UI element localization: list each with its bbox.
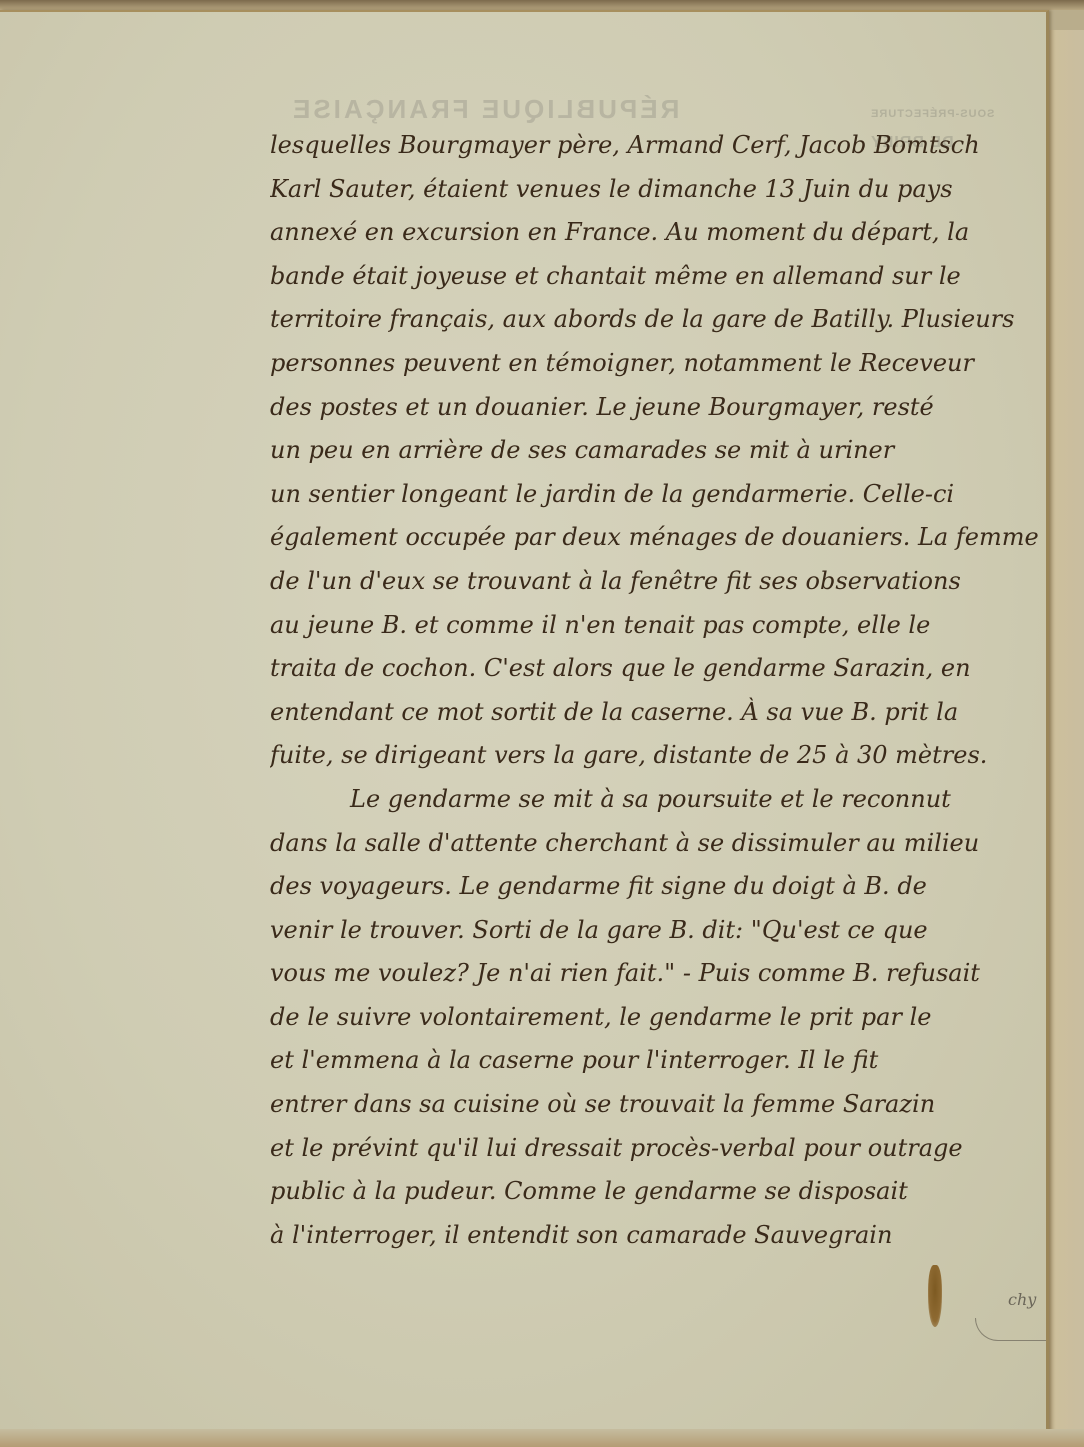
text-line: territoire français, aux abords de la ga…	[270, 298, 1070, 342]
text-line: traita de cochon. C'est alors que le gen…	[270, 647, 1070, 691]
letterhead-subprefecture-title: SOUS-PRÉFECTURE	[870, 108, 994, 120]
text-line: et le prévint qu'il lui dressait procès-…	[270, 1127, 1070, 1171]
text-line: à l'interroger, il entendit son camarade…	[270, 1214, 1070, 1258]
text-line: de l'un d'eux se trouvant à la fenêtre f…	[270, 560, 1070, 604]
text-line: des voyageurs. Le gendarme fit signe du …	[270, 865, 1070, 909]
text-line: Le gendarme se mit à sa poursuite et le …	[270, 778, 1070, 822]
text-line: et l'emmena à la caserne pour l'interrog…	[270, 1039, 1070, 1083]
text-line: venir le trouver. Sorti de la gare B. di…	[270, 909, 1070, 953]
text-line: entendant ce mot sortit de la caserne. À…	[270, 691, 1070, 735]
handwritten-body: lesquelles Bourgmayer père, Armand Cerf,…	[270, 124, 1070, 1257]
text-line: fuite, se dirigeant vers la gare, distan…	[270, 734, 1070, 778]
text-line: bande était joyeuse et chantait même en …	[270, 255, 1070, 299]
underlying-sheet-edge	[0, 0, 1084, 10]
text-line: un sentier longeant le jardin de la gend…	[270, 473, 1070, 517]
text-line: dans la salle d'attente cherchant à se d…	[270, 822, 1070, 866]
text-line: public à la pudeur. Comme le gendarme se…	[270, 1170, 1070, 1214]
text-line: au jeune B. et comme il n'en tenait pas …	[270, 604, 1070, 648]
text-line: Karl Sauter, étaient venues le dimanche …	[270, 168, 1070, 212]
text-line: lesquelles Bourgmayer père, Armand Cerf,…	[270, 124, 1070, 168]
text-line: annexé en excursion en France. Au moment…	[270, 211, 1070, 255]
text-line: également occupée par deux ménages de do…	[270, 516, 1070, 560]
signature-flourish	[975, 1318, 1046, 1341]
text-line: des postes et un douanier. Le jeune Bour…	[270, 386, 1070, 430]
text-line: vous me voulez? Je n'ai rien fait." - Pu…	[270, 952, 1070, 996]
letterhead-show-through: RÉPUBLIQUE FRANÇAISE	[290, 94, 679, 125]
ink-stain	[928, 1265, 942, 1327]
page-bottom-edge	[0, 1429, 1084, 1447]
text-line: entrer dans sa cuisine où se trouvait la…	[270, 1083, 1070, 1127]
text-line: personnes peuvent en témoigner, notammen…	[270, 342, 1070, 386]
marginal-note: chy	[1008, 1290, 1036, 1309]
text-line: un peu en arrière de ses camarades se mi…	[270, 429, 1070, 473]
text-line: de le suivre volontairement, le gendarme…	[270, 996, 1070, 1040]
